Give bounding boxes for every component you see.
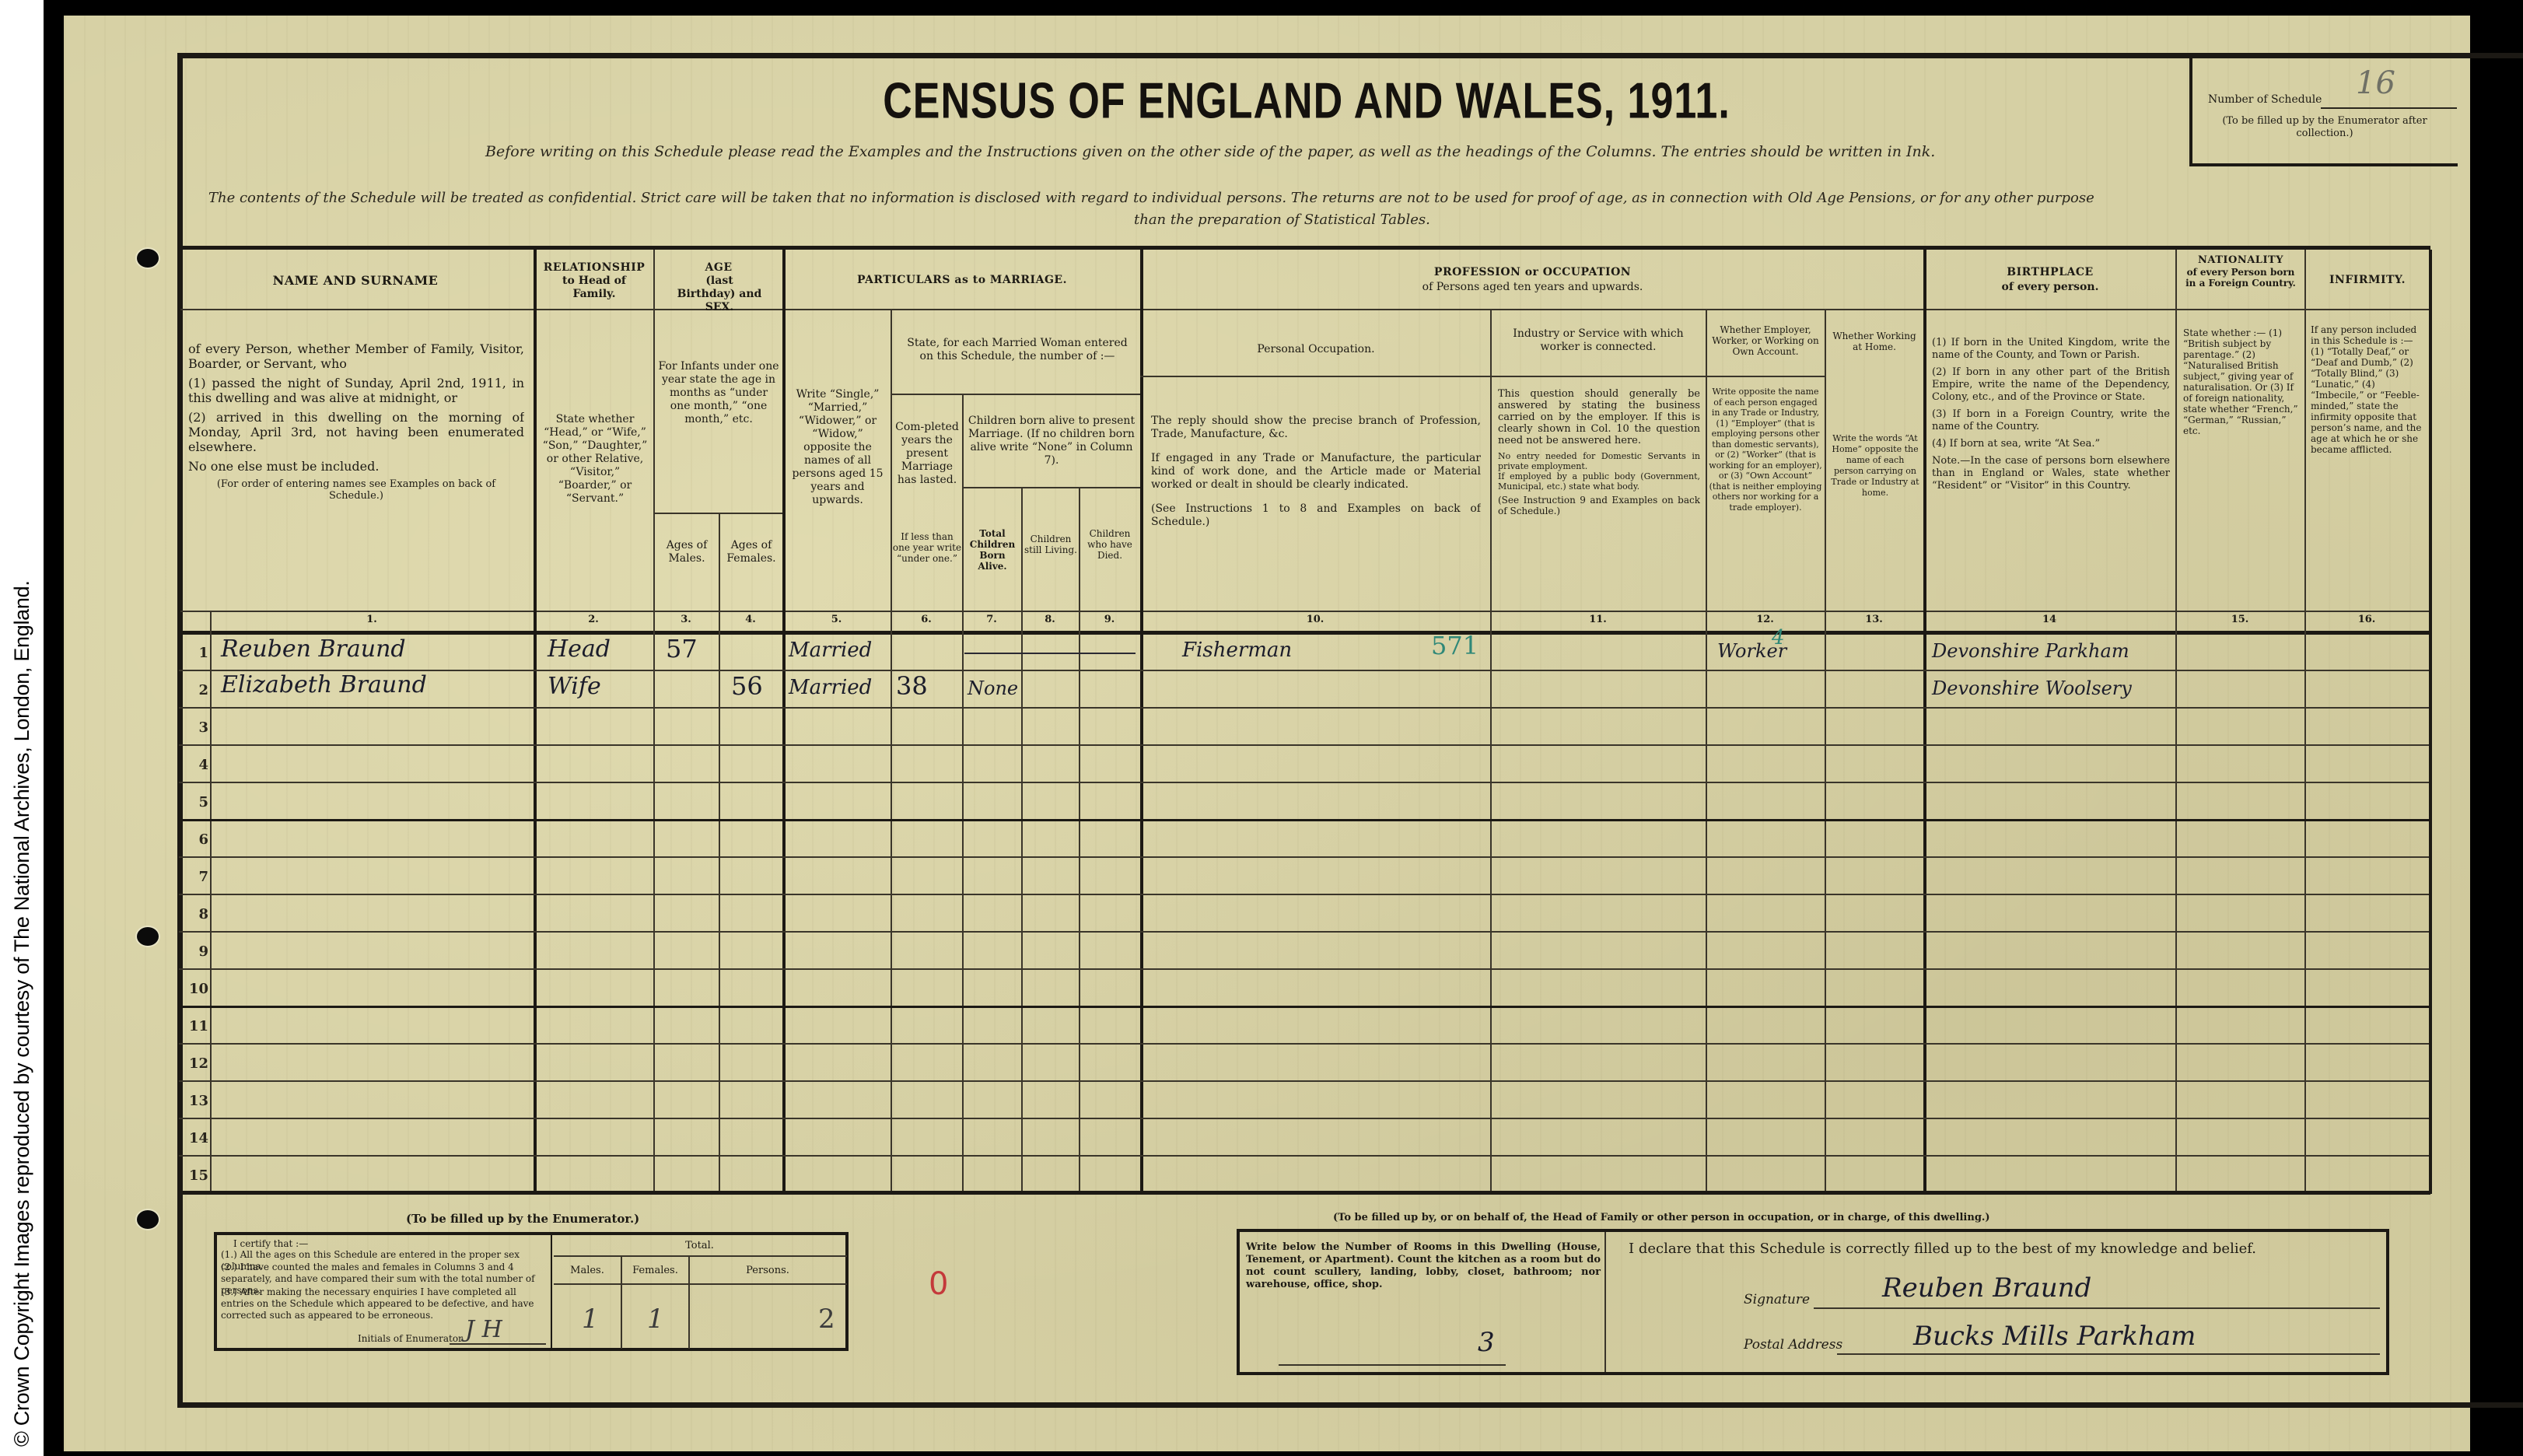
schedule-number-value[interactable]: 16 — [2356, 65, 2395, 101]
personal-occ-p3: (See Instructions 1 to 8 and Examples on… — [1151, 502, 1481, 529]
totals-label: Total. — [554, 1240, 845, 1251]
household-table: NAME AND SURNAME of every Person, whethe… — [177, 246, 2430, 1190]
row-number: 1 — [177, 645, 208, 661]
punch-hole — [137, 927, 159, 946]
entry-2-name[interactable]: Elizabeth Braund — [221, 671, 427, 698]
row-number: 10 — [177, 981, 208, 997]
children-split-line — [962, 487, 1140, 488]
householder-divider — [1604, 1232, 1606, 1372]
colnum-top-line — [177, 611, 2430, 612]
row-number: 8 — [177, 906, 208, 922]
col-marital-status-desc: Write “Single,” “Married,” “Widower,” or… — [787, 388, 888, 507]
rooms-line — [1279, 1364, 1506, 1366]
col-industry-title: Industry or Service with which worker is… — [1499, 327, 1697, 354]
col-children-living: Children still Living. — [1023, 534, 1079, 555]
col-nationality-title: NATIONALITY — [2177, 254, 2304, 266]
col-personal-occupation-title: Personal Occupation. — [1142, 343, 1490, 356]
copyright-notice: © Crown Copyright Images reproduced by c… — [10, 342, 33, 1447]
col-at-home-title: Whether Working at Home. — [1828, 331, 1921, 352]
col-line — [1706, 309, 1707, 1192]
declaration-text: I declare that this Schedule is correctl… — [1629, 1243, 2256, 1255]
col-married-woman-desc: State, for each Married Woman entered on… — [901, 337, 1134, 363]
schedule-number-box: Number of Schedule 16 (To be filled up b… — [2189, 58, 2458, 166]
col-age-sub: (last Birthday) and SEX. — [675, 275, 764, 314]
entry-2-years-married[interactable]: 38 — [896, 671, 928, 701]
personal-occ-p2: If engaged in any Trade or Manufacture, … — [1151, 452, 1481, 492]
col-age-males: Ages of Males. — [655, 539, 719, 565]
col-line — [534, 250, 537, 1192]
col-line — [2175, 250, 2177, 1192]
col-employer-desc: Write opposite the name of each person e… — [1709, 387, 1822, 513]
col-name-p4: No one else must be included. — [188, 459, 524, 474]
instruction-line: Before writing on this Schedule please r… — [485, 143, 1935, 160]
postal-address-label: Postal Address — [1744, 1339, 1842, 1351]
row-line — [179, 707, 2429, 709]
row-number: 3 — [177, 719, 208, 736]
birthplace-b2: (2) If born in any other part of the Bri… — [1932, 366, 2170, 404]
schedule-number-line — [2321, 107, 2457, 109]
col-industry-desc: This question should generally be answer… — [1498, 388, 1700, 516]
col-age-females: Ages of Females. — [720, 539, 782, 565]
personal-occ-p1: The reply should show the precise branch… — [1151, 415, 1481, 441]
enumerator-initials-label: Initials of Enumerator — [358, 1333, 463, 1345]
col-line — [210, 611, 212, 1192]
col-line — [2304, 250, 2306, 1192]
col-name-p5: (For order of entering names see Example… — [188, 478, 524, 502]
col-children-total: Total Children Born Alive. — [964, 528, 1021, 572]
punch-hole — [137, 249, 159, 268]
row-line — [179, 894, 2429, 895]
totals-divider-2 — [554, 1283, 847, 1285]
totals-females-value[interactable]: 1 — [647, 1304, 664, 1335]
signature-label: Signature — [1744, 1294, 1810, 1306]
totals-males-value[interactable]: 1 — [582, 1304, 599, 1335]
row-number: 6 — [177, 831, 208, 848]
marriage-split-line — [891, 394, 1140, 395]
col-line — [1021, 487, 1023, 1192]
row-number: 9 — [177, 943, 208, 960]
row-line — [179, 782, 2429, 783]
col-name-p2: (1) passed the night of Sunday, April 2n… — [188, 376, 524, 405]
enumerator-certify: I certify that :— — [233, 1238, 308, 1250]
row-number: 12 — [177, 1055, 208, 1072]
entry-2-marital-status[interactable]: Married — [789, 676, 872, 699]
row-line — [179, 1006, 2429, 1008]
totals-males-label: Males. — [554, 1265, 621, 1276]
totals-divider — [554, 1255, 847, 1257]
col-marriage-title: PARTICULARS as to MARRIAGE. — [784, 273, 1140, 288]
col-line — [1825, 309, 1826, 1192]
col-children-desc: Children born alive to present Marriage.… — [965, 415, 1138, 467]
col-employer-title: Whether Employer, Worker, or Working on … — [1709, 324, 1822, 357]
industry-p2: No entry needed for Domestic Servants in… — [1498, 451, 1700, 471]
enumerator-initials-line — [450, 1343, 546, 1345]
confidential-line: The contents of the Schedule will be tre… — [208, 190, 2094, 206]
margin-red-mark: 0 — [929, 1266, 948, 1302]
birthplace-b3: (3) If born in a Foreign Country, write … — [1932, 408, 2170, 433]
row-line — [179, 1080, 2429, 1082]
col-nationality-desc: State whether :— (1) “British subject by… — [2183, 327, 2300, 436]
col-line — [962, 394, 964, 1192]
row-line — [179, 744, 2429, 746]
col-birthplace-title: BIRTHPLACE — [1925, 265, 2175, 280]
col-children-died: Children who have Died. — [1080, 528, 1139, 561]
totals-persons-label: Persons. — [690, 1265, 845, 1276]
col-name-p3: (2) arrived in this dwelling on the morn… — [188, 410, 524, 454]
col-line — [782, 250, 786, 1192]
row-number: 15 — [177, 1167, 208, 1184]
schedule-number-note: (To be filled up by the Enumerator after… — [2200, 115, 2449, 140]
col-birthplace-sub: of every person. — [1925, 281, 2175, 294]
schedule-number-label: Number of Schedule — [2208, 93, 2322, 106]
rooms-instruction: Write below the Number of Rooms in this … — [1246, 1241, 1601, 1291]
colnum-3: 3. — [653, 614, 719, 625]
col-at-home-desc: Write the words “At Home” opposite the n… — [1831, 433, 1919, 499]
householder-section-title: (To be filled up by, or on behalf of, th… — [1333, 1212, 1990, 1223]
row-number: 4 — [177, 757, 208, 773]
confidential-line-2: than the preparation of Statistical Tabl… — [1134, 212, 1430, 228]
col-infirmity-desc: If any person included in this Schedule … — [2311, 324, 2424, 455]
colnum-11: 11. — [1490, 614, 1706, 625]
row-line — [179, 968, 2429, 970]
totals-persons-value[interactable]: 2 — [818, 1304, 835, 1335]
industry-p4: (See Instruction 9 and Examples on back … — [1498, 495, 1700, 516]
table-bottom-line — [177, 1191, 2430, 1195]
table-right-edge — [2429, 250, 2432, 1194]
entry-1-employment-code: 4 — [1772, 626, 1785, 649]
entry-1-marital-status[interactable]: Married — [789, 639, 872, 662]
colnum-bottom-line — [177, 631, 2430, 635]
colnum-4: 4. — [719, 614, 782, 625]
colnum-13: 13. — [1825, 614, 1923, 625]
margin-strip: © Crown Copyright Images reproduced by c… — [0, 0, 44, 1456]
row-number: 13 — [177, 1093, 208, 1109]
colnum-12: 12. — [1706, 614, 1825, 625]
col-line — [1140, 250, 1143, 1192]
colnum-8: 8. — [1021, 614, 1079, 625]
row-number: 7 — [177, 869, 208, 885]
entry-1-relationship[interactable]: Head — [548, 635, 611, 663]
col-occupation-title: PROFESSION or OCCUPATION — [1142, 265, 1923, 280]
entry-1-birthplace[interactable]: Devonshire Parkham — [1932, 640, 2129, 662]
birthplace-b4: (4) If born at sea, write “At Sea.” — [1932, 438, 2170, 450]
postal-address-value[interactable]: Bucks Mills Parkham — [1913, 1321, 2196, 1352]
enumerator-initials[interactable]: J H — [465, 1316, 502, 1343]
signature-value[interactable]: Reuben Braund — [1882, 1272, 2091, 1304]
punch-hole — [137, 1210, 159, 1229]
col-line — [1490, 309, 1492, 1192]
entry-2-birthplace[interactable]: Devonshire Woolsery — [1932, 677, 2132, 699]
row-number: 2 — [177, 682, 208, 698]
col-name-p1: of every Person, whether Member of Famil… — [188, 341, 524, 371]
col-name-desc: of every Person, whether Member of Famil… — [188, 341, 524, 502]
age-split-line — [653, 513, 782, 514]
col-infirmity-title: INFIRMITY. — [2306, 273, 2429, 288]
entry-2-children-born-alive[interactable]: None — [968, 677, 1018, 699]
row-line — [179, 1043, 2429, 1045]
industry-p3: If employed by a public body (Government… — [1498, 471, 1700, 492]
entry-2-relationship[interactable]: Wife — [548, 673, 601, 700]
row-line — [179, 1118, 2429, 1119]
colnum-1: 1. — [210, 614, 534, 625]
col-years-married-note: If less than one year write “under one.” — [892, 531, 962, 564]
col-line — [1079, 487, 1080, 1192]
enumerator-section-title: (To be filled up by the Enumerator.) — [406, 1212, 639, 1226]
page-title: CENSUS OF ENGLAND AND WALES, 1911. — [879, 72, 1734, 131]
entry-1-occupation-code: 571 — [1431, 631, 1478, 660]
entry-2-age-female[interactable]: 56 — [731, 671, 763, 701]
colnum-5: 5. — [782, 614, 891, 625]
totals-females-label: Females. — [622, 1265, 688, 1276]
colnum-16: 16. — [2304, 614, 2429, 625]
colnum-2: 2. — [534, 614, 653, 625]
birthplace-b1: (1) If born in the United Kingdom, write… — [1932, 337, 2170, 362]
col-age-title: AGE — [655, 261, 782, 275]
col-relationship-sub: to Head of Family. — [543, 275, 646, 301]
colnum-14: 14 — [1923, 614, 2175, 625]
colnum-10: 10. — [1140, 614, 1490, 625]
birthplace-note: Note.—In the case of persons born elsewh… — [1932, 455, 2170, 492]
entry-1-age-male[interactable]: 57 — [666, 634, 698, 663]
col-birthplace-desc: (1) If born in the United Kingdom, write… — [1932, 337, 2170, 492]
row-line — [179, 1155, 2429, 1157]
entry-1-occupation[interactable]: Fisherman — [1182, 639, 1292, 662]
row-number: 11 — [177, 1018, 208, 1034]
row-line — [179, 819, 2429, 821]
industry-p1: This question should generally be answer… — [1498, 388, 1700, 446]
row-line — [179, 931, 2429, 933]
col-occupation-sub: of Persons aged ten years and upwards. — [1142, 281, 1923, 294]
header-divider — [177, 309, 2430, 310]
row-1-dash — [964, 653, 1136, 654]
col-age-desc: For Infants under one year state the age… — [658, 360, 779, 426]
postal-address-line — [1837, 1353, 2380, 1355]
col-personal-occupation-desc: The reply should show the precise branch… — [1151, 415, 1481, 529]
col-line — [1923, 250, 1926, 1192]
signature-line — [1814, 1307, 2380, 1309]
row-number: 14 — [177, 1130, 208, 1146]
colnum-15: 15. — [2175, 614, 2304, 625]
colnum-7: 7. — [962, 614, 1021, 625]
row-line — [179, 670, 2429, 671]
row-number: 5 — [177, 794, 208, 810]
col-nationality-sub: of every Person born in a Foreign Countr… — [2185, 267, 2297, 289]
row-line — [179, 856, 2429, 858]
col-line — [653, 250, 655, 1192]
colnum-6: 6. — [891, 614, 962, 625]
occupation-split-line — [1140, 376, 1825, 377]
col-relationship-title: RELATIONSHIP — [535, 261, 653, 275]
colnum-9: 9. — [1079, 614, 1140, 625]
col-years-married-desc: Com-pleted years the present Marriage ha… — [892, 421, 962, 487]
col-relationship-desc: State whether “Head,” or “Wife,” “Son,” … — [541, 413, 649, 506]
rooms-value[interactable]: 3 — [1478, 1327, 1495, 1358]
col-name-title: NAME AND SURNAME — [177, 273, 534, 288]
entry-1-name[interactable]: Reuben Braund — [221, 635, 406, 663]
